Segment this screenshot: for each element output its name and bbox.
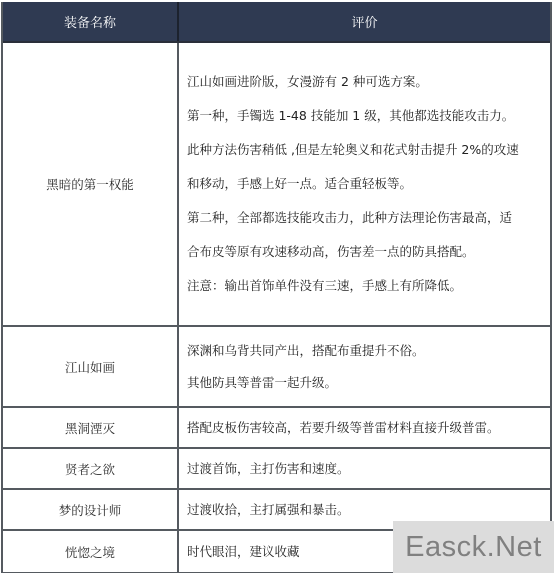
evaluation-cell: 深渊和乌背共同产出，搭配布重提升不俗。 其他防具等普雷一起升级。 — [179, 327, 550, 406]
evaluation-line: 和移动，手感上好一点。适合重轻板等。 — [187, 176, 542, 192]
evaluation-line: 过渡首饰，主打伤害和速度。 — [187, 461, 542, 477]
equipment-name-cell: 贤者之欲 — [3, 449, 179, 488]
watermark: Easck.Net — [393, 521, 554, 573]
table-row: 黑暗的第一权能 江山如画进阶版，女漫游有 2 种可选方案。 第一种，手镯选 1-… — [3, 43, 550, 327]
table-header: 装备名称 评价 — [3, 2, 550, 43]
evaluation-line: 此种方法伤害稍低 ,但是左轮奥义和花式射击提升 2%的攻速 — [187, 142, 542, 158]
evaluation-line: 注意：输出首饰单件没有三速，手感上有所降低。 — [187, 278, 542, 294]
evaluation-line: 搭配皮板伤害较高，若要升级等普雷材料直接升级普雷。 — [187, 420, 542, 436]
equipment-table: 装备名称 评价 黑暗的第一权能 江山如画进阶版，女漫游有 2 种可选方案。 第一… — [1, 2, 552, 573]
table-row: 贤者之欲 过渡首饰，主打伤害和速度。 — [3, 449, 550, 490]
table-row: 黑洞湮灭 搭配皮板伤害较高，若要升级等普雷材料直接升级普雷。 — [3, 408, 550, 449]
equipment-name-cell: 梦的设计师 — [3, 490, 179, 529]
equipment-name-cell: 黑暗的第一权能 — [3, 43, 179, 325]
evaluation-line: 深渊和乌背共同产出，搭配布重提升不俗。 — [187, 343, 542, 359]
evaluation-cell: 搭配皮板伤害较高，若要升级等普雷材料直接升级普雷。 — [179, 408, 550, 447]
evaluation-line: 过渡收拾，主打属强和暴击。 — [187, 502, 542, 518]
evaluation-line: 第一种，手镯选 1-48 技能加 1 级，其他都选技能攻击力。 — [187, 108, 542, 124]
header-equipment-name: 装备名称 — [3, 2, 179, 41]
equipment-name-cell: 恍惚之境 — [3, 531, 179, 572]
table-row: 江山如画 深渊和乌背共同产出，搭配布重提升不俗。 其他防具等普雷一起升级。 — [3, 327, 550, 408]
equipment-name-cell: 黑洞湮灭 — [3, 408, 179, 447]
equipment-name-cell: 江山如画 — [3, 327, 179, 406]
evaluation-line: 江山如画进阶版，女漫游有 2 种可选方案。 — [187, 74, 542, 90]
header-evaluation: 评价 — [179, 2, 550, 41]
evaluation-cell: 江山如画进阶版，女漫游有 2 种可选方案。 第一种，手镯选 1-48 技能加 1… — [179, 43, 550, 325]
evaluation-line: 其他防具等普雷一起升级。 — [187, 375, 542, 391]
evaluation-cell: 过渡首饰，主打伤害和速度。 — [179, 449, 550, 488]
evaluation-line: 第二种，全部都选技能攻击力，此种方法理论伤害最高，适 — [187, 210, 542, 226]
evaluation-line: 合布皮等原有攻速移动高，伤害差一点的防具搭配。 — [187, 244, 542, 260]
